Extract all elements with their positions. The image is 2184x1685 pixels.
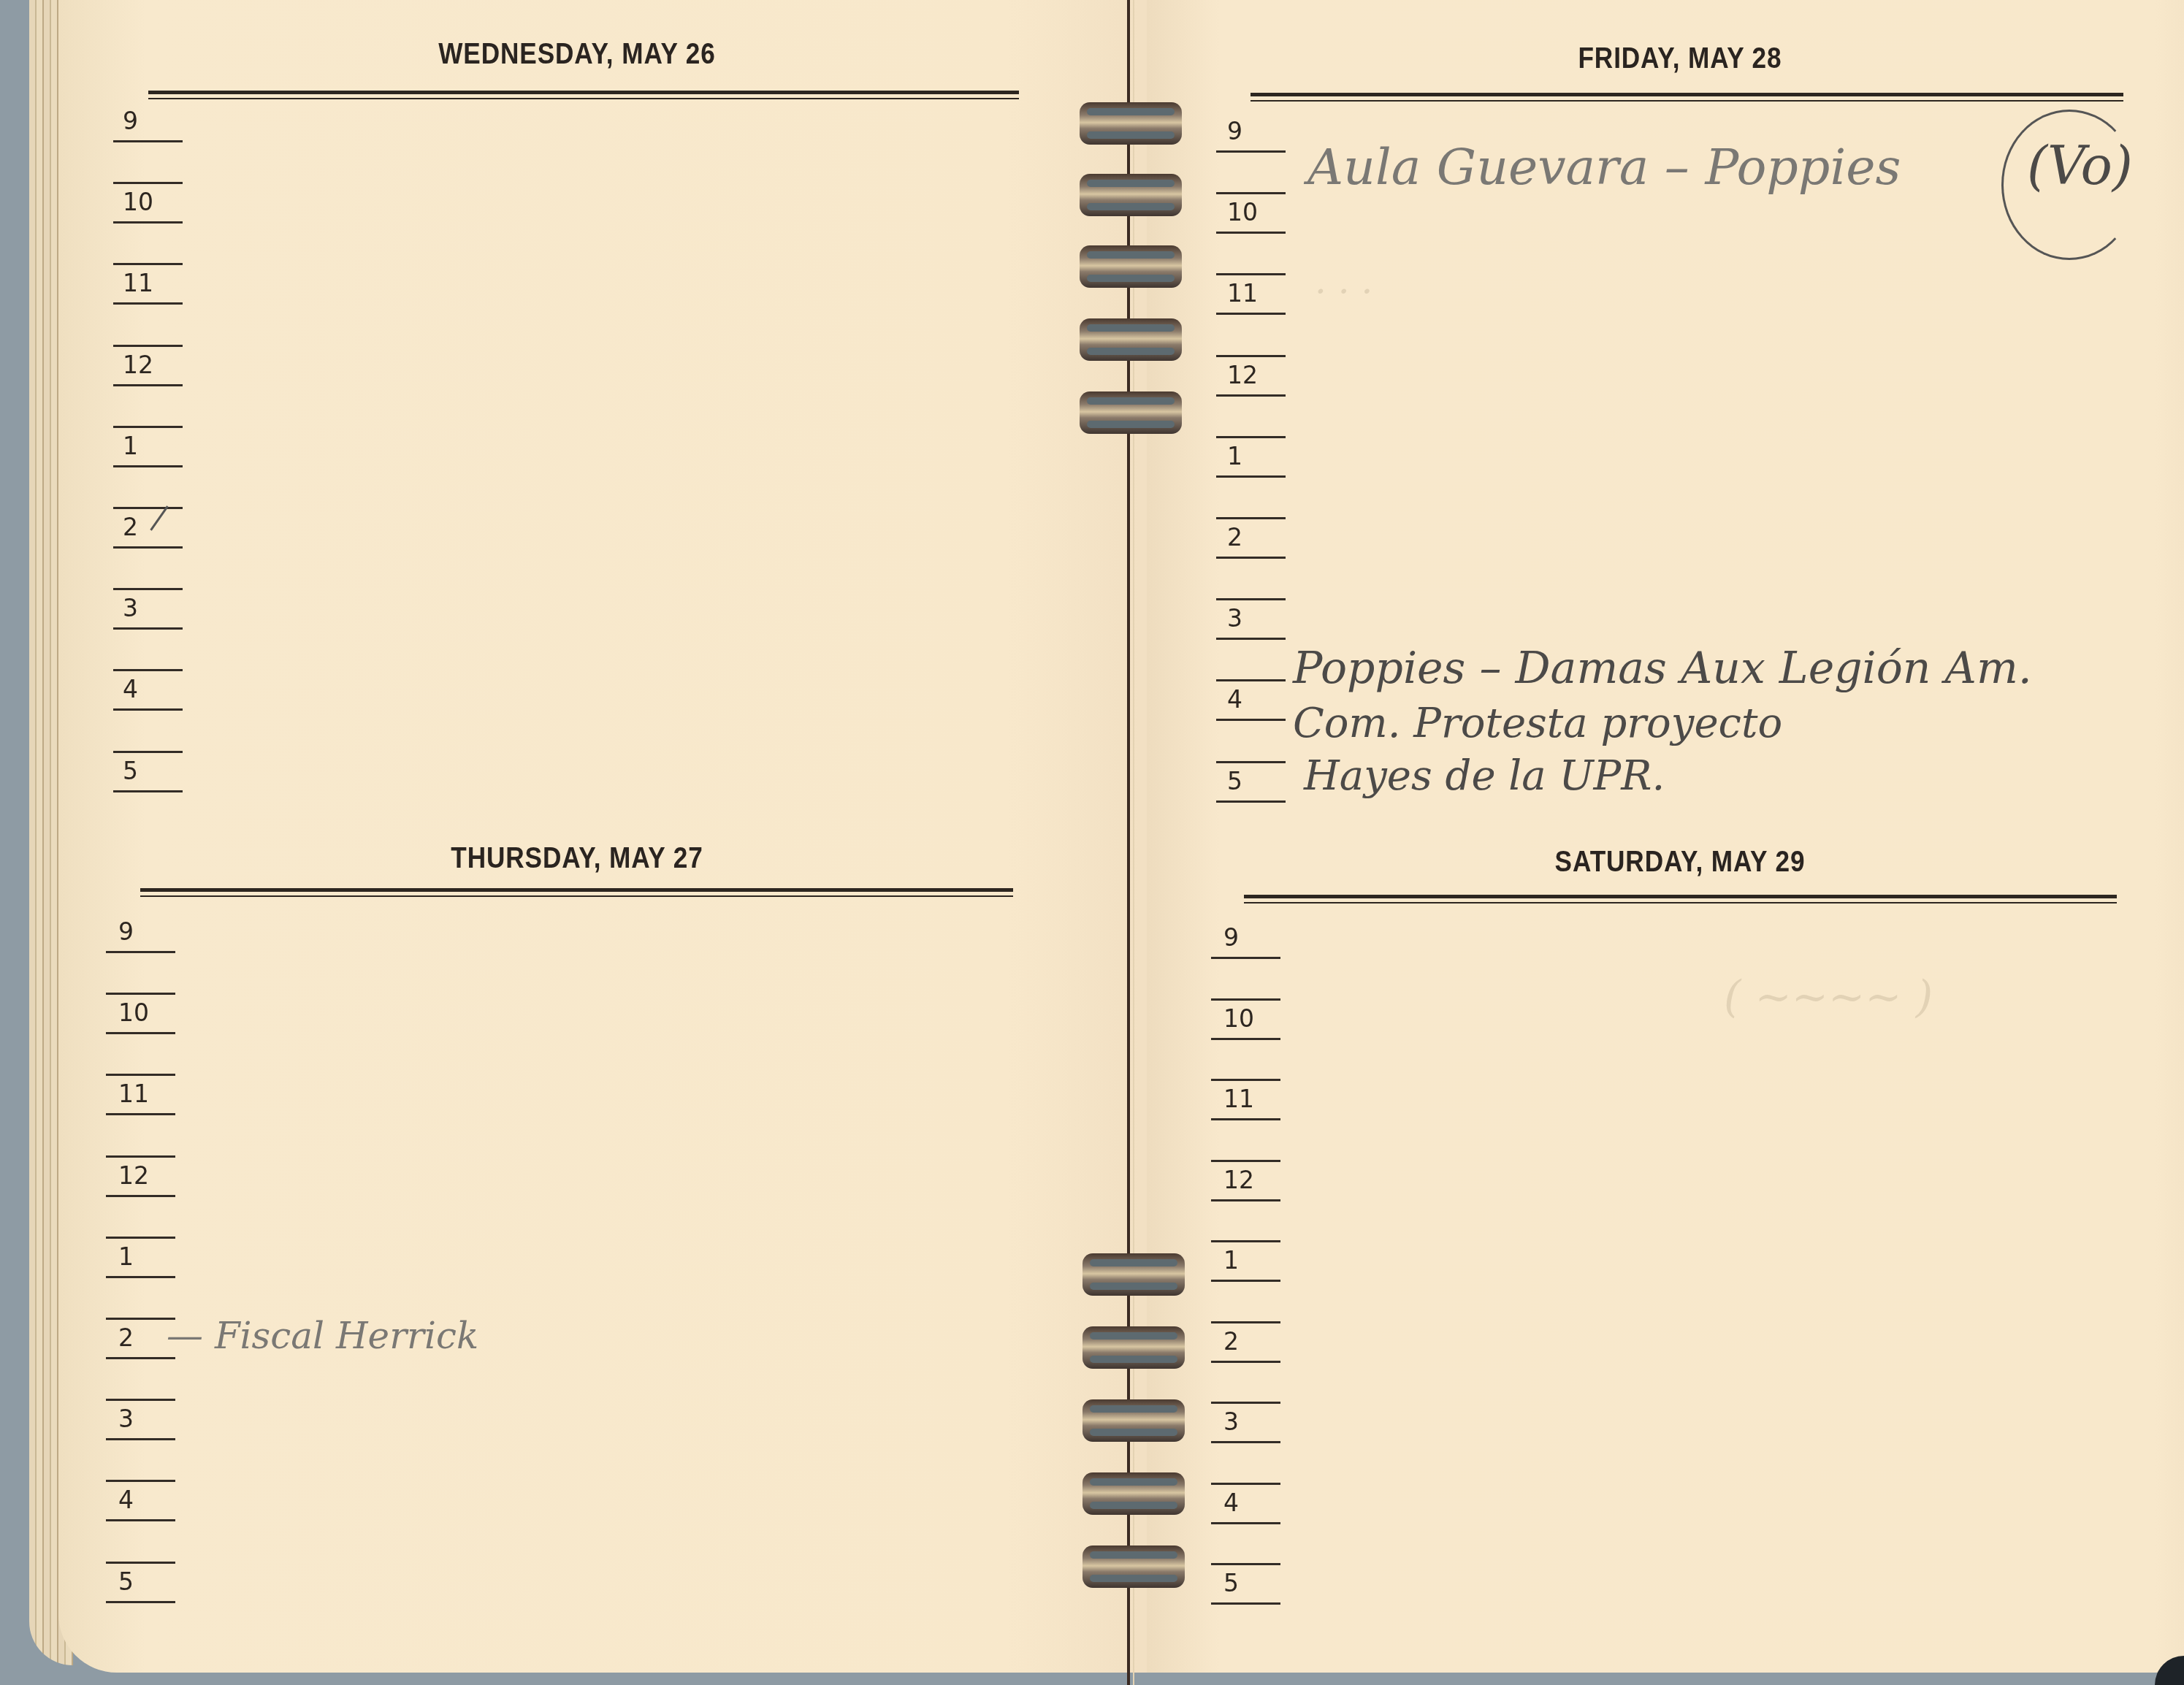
- day-title-thursday: THURSDAY, MAY 27: [352, 842, 802, 875]
- hour-divider: [106, 1032, 175, 1034]
- hour-divider: [113, 465, 183, 467]
- header-rule: [140, 895, 1013, 897]
- hour-divider: [1211, 1199, 1280, 1201]
- hour-divider: [113, 627, 183, 630]
- hour-divider: [113, 182, 183, 184]
- hour-divider: [1216, 517, 1286, 519]
- hour-divider: [1211, 1321, 1280, 1323]
- hour-label: 4: [118, 1486, 134, 1514]
- hour-divider: [1216, 436, 1286, 438]
- hour-divider: [113, 140, 183, 142]
- hour-divider: [106, 993, 175, 995]
- hour-label: 11: [123, 269, 153, 297]
- hour-label: 11: [1223, 1085, 1254, 1113]
- hour-divider: [1216, 801, 1286, 803]
- hour-label: 5: [123, 757, 138, 785]
- hour-divider: [113, 669, 183, 671]
- hour-label: 10: [1223, 1004, 1254, 1033]
- hour-label: 9: [1227, 117, 1242, 145]
- hour-divider: [106, 1113, 175, 1115]
- hour-divider: [106, 1519, 175, 1521]
- entry-thursday-2pm: — Fiscal Herrick: [167, 1315, 478, 1357]
- hour-divider: [1211, 1602, 1280, 1605]
- hour-divider: [113, 588, 183, 590]
- spiral-ring: [1080, 391, 1182, 434]
- hour-divider: [106, 1155, 175, 1158]
- hour-divider: [113, 790, 183, 792]
- entry-friday-afternoon-line1: Poppies – Damas Aux Legión Am.: [1293, 643, 2032, 694]
- hour-divider: [1211, 1038, 1280, 1040]
- hour-divider: [113, 708, 183, 711]
- hour-label: 5: [118, 1567, 134, 1596]
- hour-divider: [1216, 557, 1286, 559]
- header-rule: [148, 98, 1019, 99]
- hour-label: 4: [123, 675, 138, 703]
- hour-label: 2: [1223, 1327, 1239, 1356]
- header-rule: [1251, 100, 2123, 102]
- hour-divider: [106, 1438, 175, 1440]
- hour-divider: [106, 1276, 175, 1278]
- bleed-through-marks: ( ~~~~ ): [1724, 971, 1933, 1023]
- bleed-through-marks: · · ·: [1315, 270, 1372, 313]
- hour-divider: [113, 263, 183, 265]
- spiral-ring: [1080, 318, 1182, 361]
- hour-divider: [106, 1318, 175, 1320]
- hour-divider: [1211, 1079, 1280, 1081]
- hour-label: 10: [118, 998, 149, 1027]
- hour-label: 3: [118, 1405, 134, 1433]
- hour-divider: [113, 221, 183, 223]
- spiral-ring: [1083, 1326, 1185, 1369]
- hour-divider: [106, 1195, 175, 1197]
- hour-divider: [1216, 679, 1286, 681]
- hour-divider: [1211, 1160, 1280, 1162]
- spiral-ring: [1083, 1399, 1185, 1442]
- hour-label: 3: [1227, 604, 1242, 633]
- hour-divider: [1211, 957, 1280, 959]
- hour-divider: [1211, 1280, 1280, 1282]
- hour-divider: [1211, 1522, 1280, 1524]
- hour-divider: [1216, 719, 1286, 721]
- header-rule: [1244, 895, 2117, 898]
- entry-friday-9am: Aula Guevara – Poppies: [1307, 139, 1901, 196]
- header-rule: [148, 91, 1019, 94]
- hour-label: 9: [118, 917, 134, 946]
- spiral-ring: [1080, 245, 1182, 288]
- spiral-ring: [1080, 102, 1182, 145]
- hour-divider: [106, 1074, 175, 1076]
- hour-divider: [113, 345, 183, 347]
- hour-label: 11: [1227, 279, 1258, 307]
- hour-divider: [106, 1399, 175, 1401]
- hour-divider: [1211, 1118, 1280, 1120]
- hour-divider: [106, 1601, 175, 1603]
- hour-label: 3: [1223, 1407, 1239, 1436]
- hour-divider: [1216, 761, 1286, 763]
- hour-divider: [1216, 150, 1286, 153]
- hour-divider: [113, 384, 183, 386]
- hour-divider: [1216, 598, 1286, 600]
- hour-label: 2: [118, 1323, 134, 1352]
- header-rule: [1244, 902, 2117, 903]
- hour-divider: [106, 1480, 175, 1482]
- hour-label: 9: [1223, 923, 1239, 952]
- hour-divider: [1216, 273, 1286, 275]
- hour-divider: [113, 426, 183, 428]
- left-page: [58, 0, 1147, 1673]
- hour-label: 12: [118, 1161, 149, 1190]
- hour-divider: [106, 1357, 175, 1359]
- spiral-ring: [1083, 1472, 1185, 1515]
- hour-divider: [113, 546, 183, 549]
- hour-divider: [1216, 232, 1286, 234]
- hour-divider: [1216, 355, 1286, 357]
- hour-label: 9: [123, 107, 138, 135]
- hour-label: 12: [123, 351, 153, 379]
- entry-friday-afternoon-line3: Hayes de la UPR.: [1304, 752, 1665, 800]
- entry-friday-afternoon-line2: Com. Protesta proyecto: [1293, 700, 1782, 747]
- hour-label: 2: [123, 513, 138, 541]
- header-rule: [140, 888, 1013, 892]
- hour-divider: [106, 1562, 175, 1564]
- hour-divider: [113, 507, 183, 509]
- hour-divider: [106, 951, 175, 953]
- right-page: [1147, 0, 2184, 1673]
- hour-label: 5: [1223, 1569, 1239, 1597]
- hour-label: 11: [118, 1080, 149, 1108]
- hour-label: 1: [1223, 1246, 1239, 1275]
- day-title-saturday: SATURDAY, MAY 29: [1455, 846, 1905, 879]
- hour-divider: [113, 751, 183, 753]
- hour-divider: [1216, 475, 1286, 478]
- hour-divider: [1216, 394, 1286, 397]
- day-title-wednesday: WEDNESDAY, MAY 26: [352, 38, 802, 71]
- hour-divider: [1211, 1240, 1280, 1242]
- hour-label: 5: [1227, 767, 1242, 795]
- day-title-friday: FRIDAY, MAY 28: [1455, 42, 1905, 75]
- spiral-ring: [1083, 1545, 1185, 1588]
- hour-label: 1: [123, 432, 138, 460]
- hour-divider: [1211, 1441, 1280, 1443]
- hour-label: 1: [1227, 442, 1242, 470]
- hour-divider: [1211, 998, 1280, 1001]
- hour-label: 2: [1227, 523, 1242, 551]
- hour-label: 3: [123, 594, 138, 622]
- hour-label: 10: [123, 188, 153, 216]
- hour-divider: [113, 302, 183, 305]
- hour-divider: [1216, 638, 1286, 640]
- hour-divider: [1211, 1361, 1280, 1363]
- hour-label: 4: [1223, 1489, 1239, 1517]
- spiral-ring: [1080, 174, 1182, 216]
- hour-divider: [1211, 1563, 1280, 1565]
- hour-label: 12: [1223, 1166, 1254, 1194]
- hour-divider: [1216, 192, 1286, 194]
- spiral-ring: [1083, 1253, 1185, 1296]
- hour-label: 4: [1227, 685, 1242, 714]
- header-rule: [1251, 93, 2123, 96]
- hour-divider: [1211, 1402, 1280, 1404]
- hour-divider: [106, 1237, 175, 1239]
- hour-divider: [1216, 313, 1286, 315]
- entry-friday-note: (Vo): [2027, 135, 2133, 196]
- hour-label: 1: [118, 1242, 134, 1271]
- hour-label: 12: [1227, 361, 1258, 389]
- hour-label: 10: [1227, 198, 1258, 226]
- hour-divider: [1211, 1483, 1280, 1485]
